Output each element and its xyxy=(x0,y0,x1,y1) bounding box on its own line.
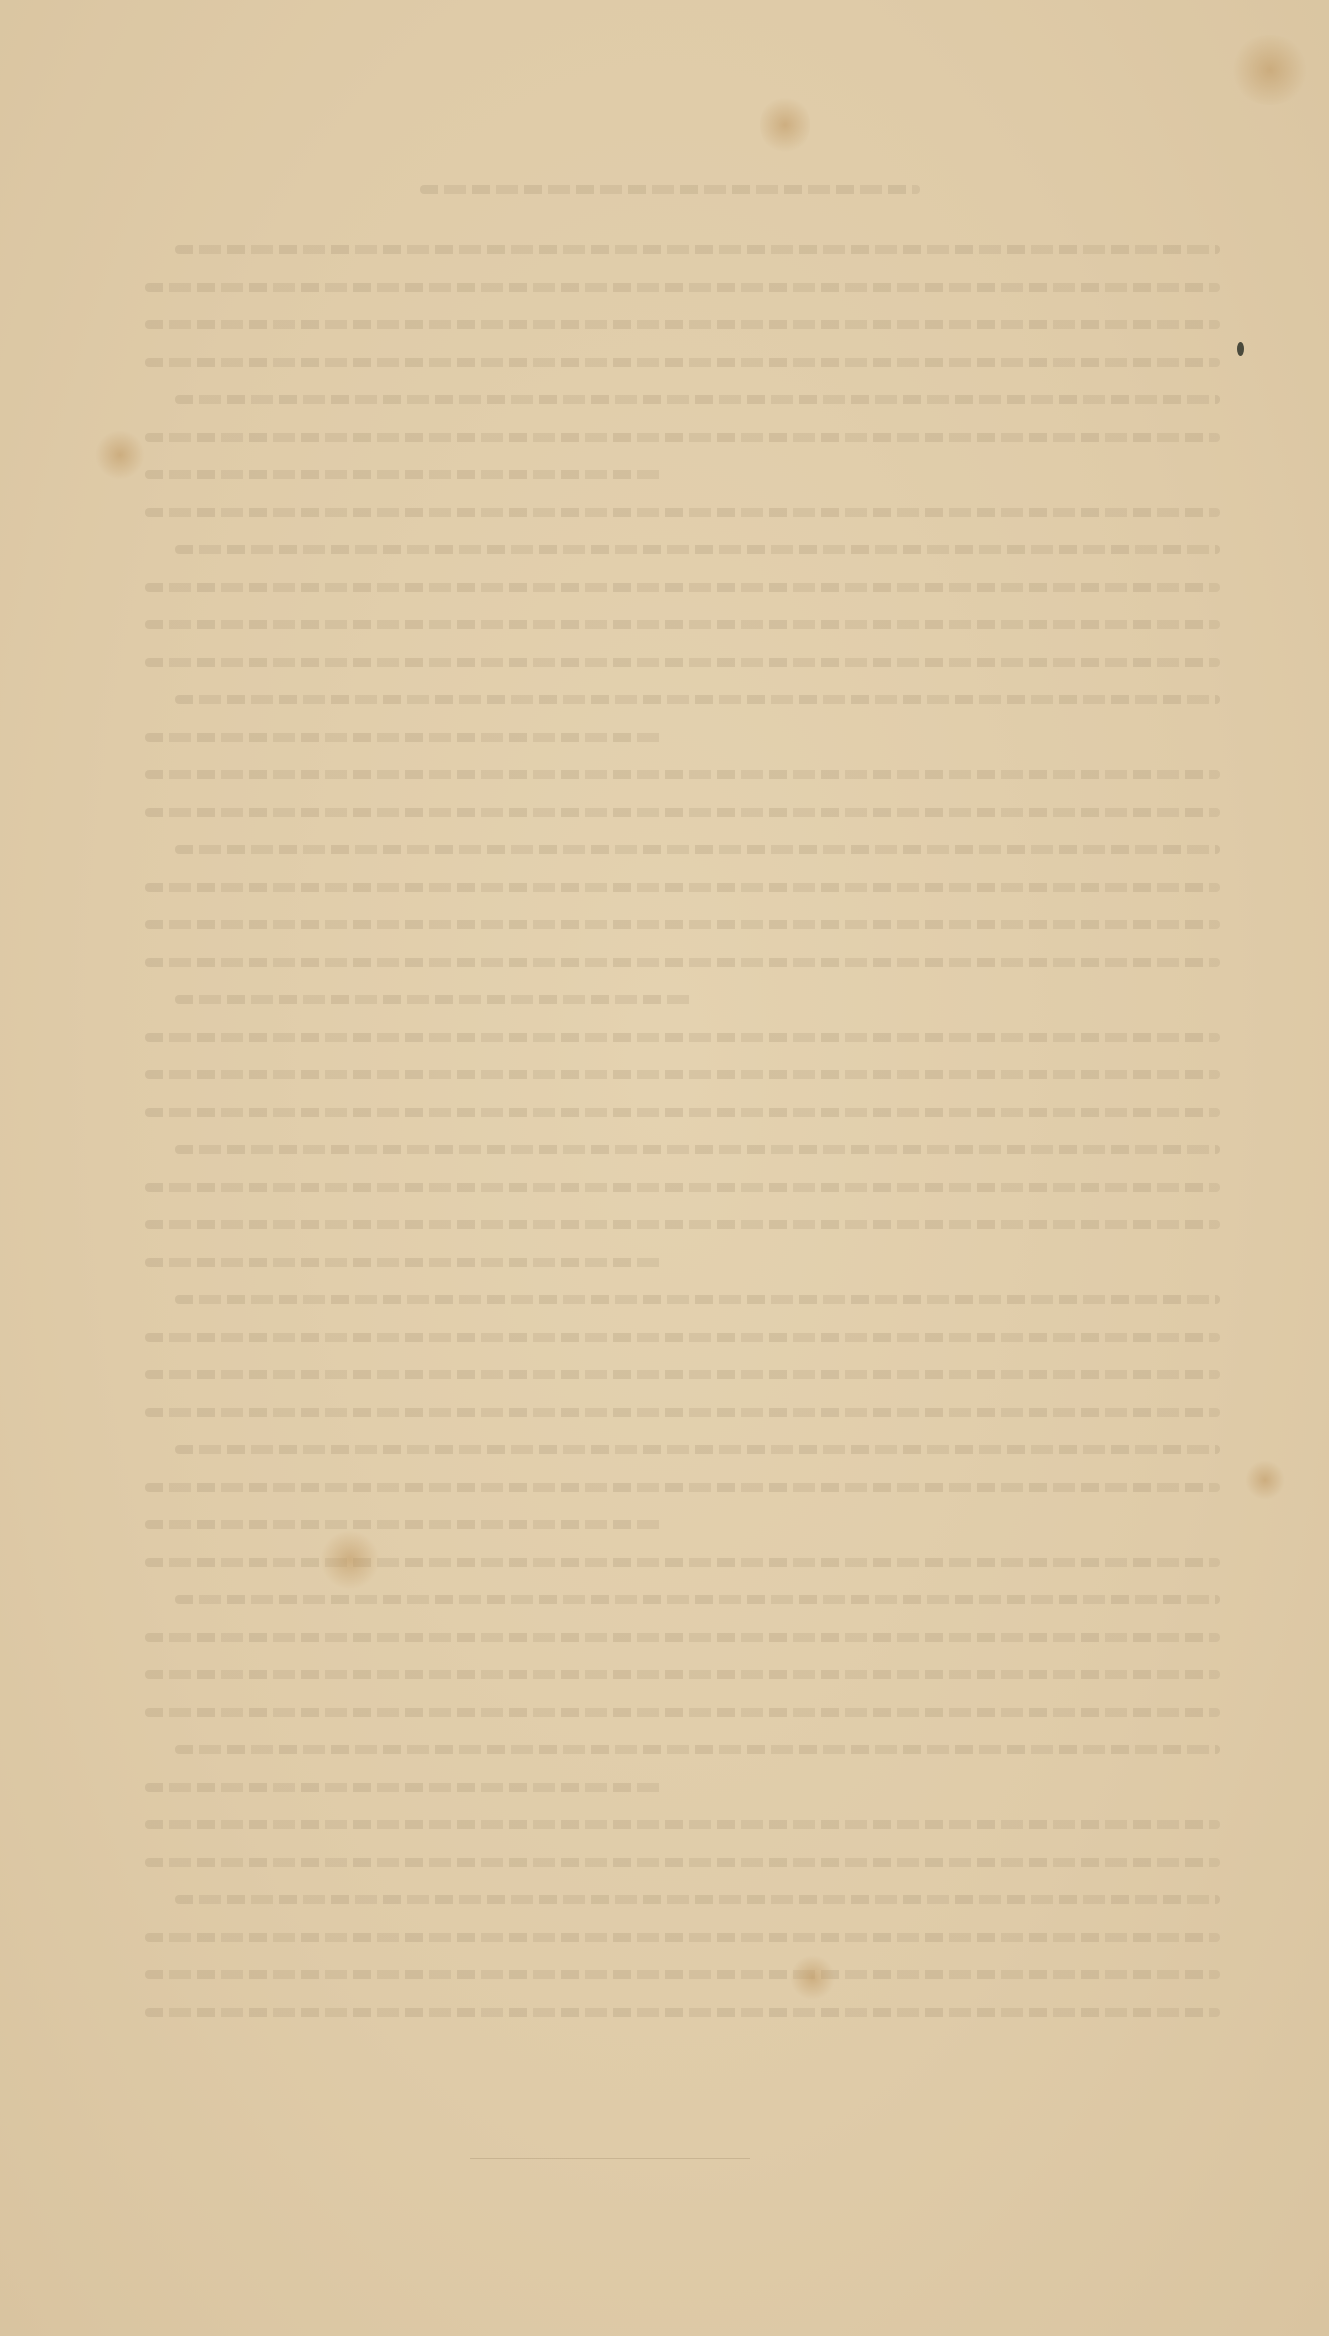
bleed-through-line xyxy=(145,958,1220,967)
bleed-through-line xyxy=(145,1783,665,1792)
bleed-through-line xyxy=(145,1070,1220,1079)
bleed-through-line xyxy=(145,1520,665,1529)
bleed-through-line xyxy=(145,1408,1220,1417)
bleed-through-line xyxy=(145,470,665,479)
bleed-through-line xyxy=(145,1933,1220,1942)
bleed-through-line xyxy=(145,1970,1220,1979)
bleed-through-line xyxy=(145,1258,665,1267)
paper-stain xyxy=(790,1955,835,2000)
paper-stain xyxy=(320,1530,380,1590)
ink-speck xyxy=(1237,342,1244,356)
bleed-through-line xyxy=(175,1145,1220,1154)
bleed-through-line xyxy=(175,1895,1220,1904)
bleed-through-line xyxy=(175,845,1220,854)
bleed-through-line xyxy=(145,620,1220,629)
bleed-through-line xyxy=(175,995,695,1004)
bleed-through-line xyxy=(145,1108,1220,1117)
bleed-through-line xyxy=(145,1708,1220,1717)
bleed-through-line xyxy=(145,583,1220,592)
bleed-through-line xyxy=(175,245,1220,254)
bleed-through-line xyxy=(145,1483,1220,1492)
bleed-through-line xyxy=(145,883,1220,892)
footer-rule xyxy=(470,2158,750,2159)
bleed-through-line xyxy=(145,658,1220,667)
bleed-through-line xyxy=(145,2008,1220,2017)
scanned-page xyxy=(0,0,1329,2336)
paper-stain xyxy=(1245,1460,1285,1500)
bleed-through-line xyxy=(145,1183,1220,1192)
bleed-through-line xyxy=(145,1858,1220,1867)
paper-stain xyxy=(760,95,810,155)
bleed-through-line xyxy=(145,1333,1220,1342)
bleed-through-line xyxy=(145,1370,1220,1379)
bleed-through-line xyxy=(145,808,1220,817)
bleed-through-line xyxy=(145,283,1220,292)
bleed-through-line xyxy=(145,1670,1220,1679)
bleed-through-line xyxy=(145,1633,1220,1642)
bleed-through-line xyxy=(145,920,1220,929)
bleed-through-line xyxy=(145,1033,1220,1042)
bleed-through-line xyxy=(175,545,1220,554)
bleed-through-line xyxy=(175,1595,1220,1604)
bleed-through-line xyxy=(175,1745,1220,1754)
paper-stain xyxy=(95,430,145,480)
bleed-through-line xyxy=(145,1220,1220,1229)
bleed-through-line xyxy=(145,508,1220,517)
bleed-through-line xyxy=(145,358,1220,367)
bleed-through-running-head xyxy=(420,185,920,194)
bleed-through-line xyxy=(175,695,1220,704)
bleed-through-text-area xyxy=(0,0,1329,2336)
bleed-through-line xyxy=(175,1295,1220,1304)
bleed-through-line xyxy=(145,1558,1220,1567)
bleed-through-line xyxy=(145,770,1220,779)
bleed-through-line xyxy=(145,733,665,742)
bleed-through-line xyxy=(145,433,1220,442)
bleed-through-line xyxy=(145,1820,1220,1829)
bleed-through-line xyxy=(175,1445,1220,1454)
paper-stain xyxy=(1230,35,1310,105)
bleed-through-line xyxy=(175,395,1220,404)
bleed-through-line xyxy=(145,320,1220,329)
